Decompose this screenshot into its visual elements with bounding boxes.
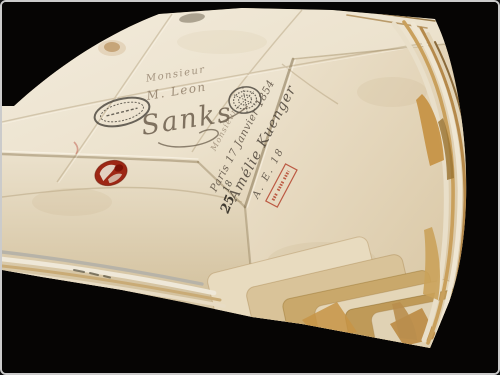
brown-stain (104, 42, 120, 52)
letter-stack-photo: Monsieur M. Leon Sanks Monsieur Paris 17… (0, 0, 500, 375)
letter-stack-scene: Monsieur M. Leon Sanks Monsieur Paris 17… (2, 2, 500, 375)
